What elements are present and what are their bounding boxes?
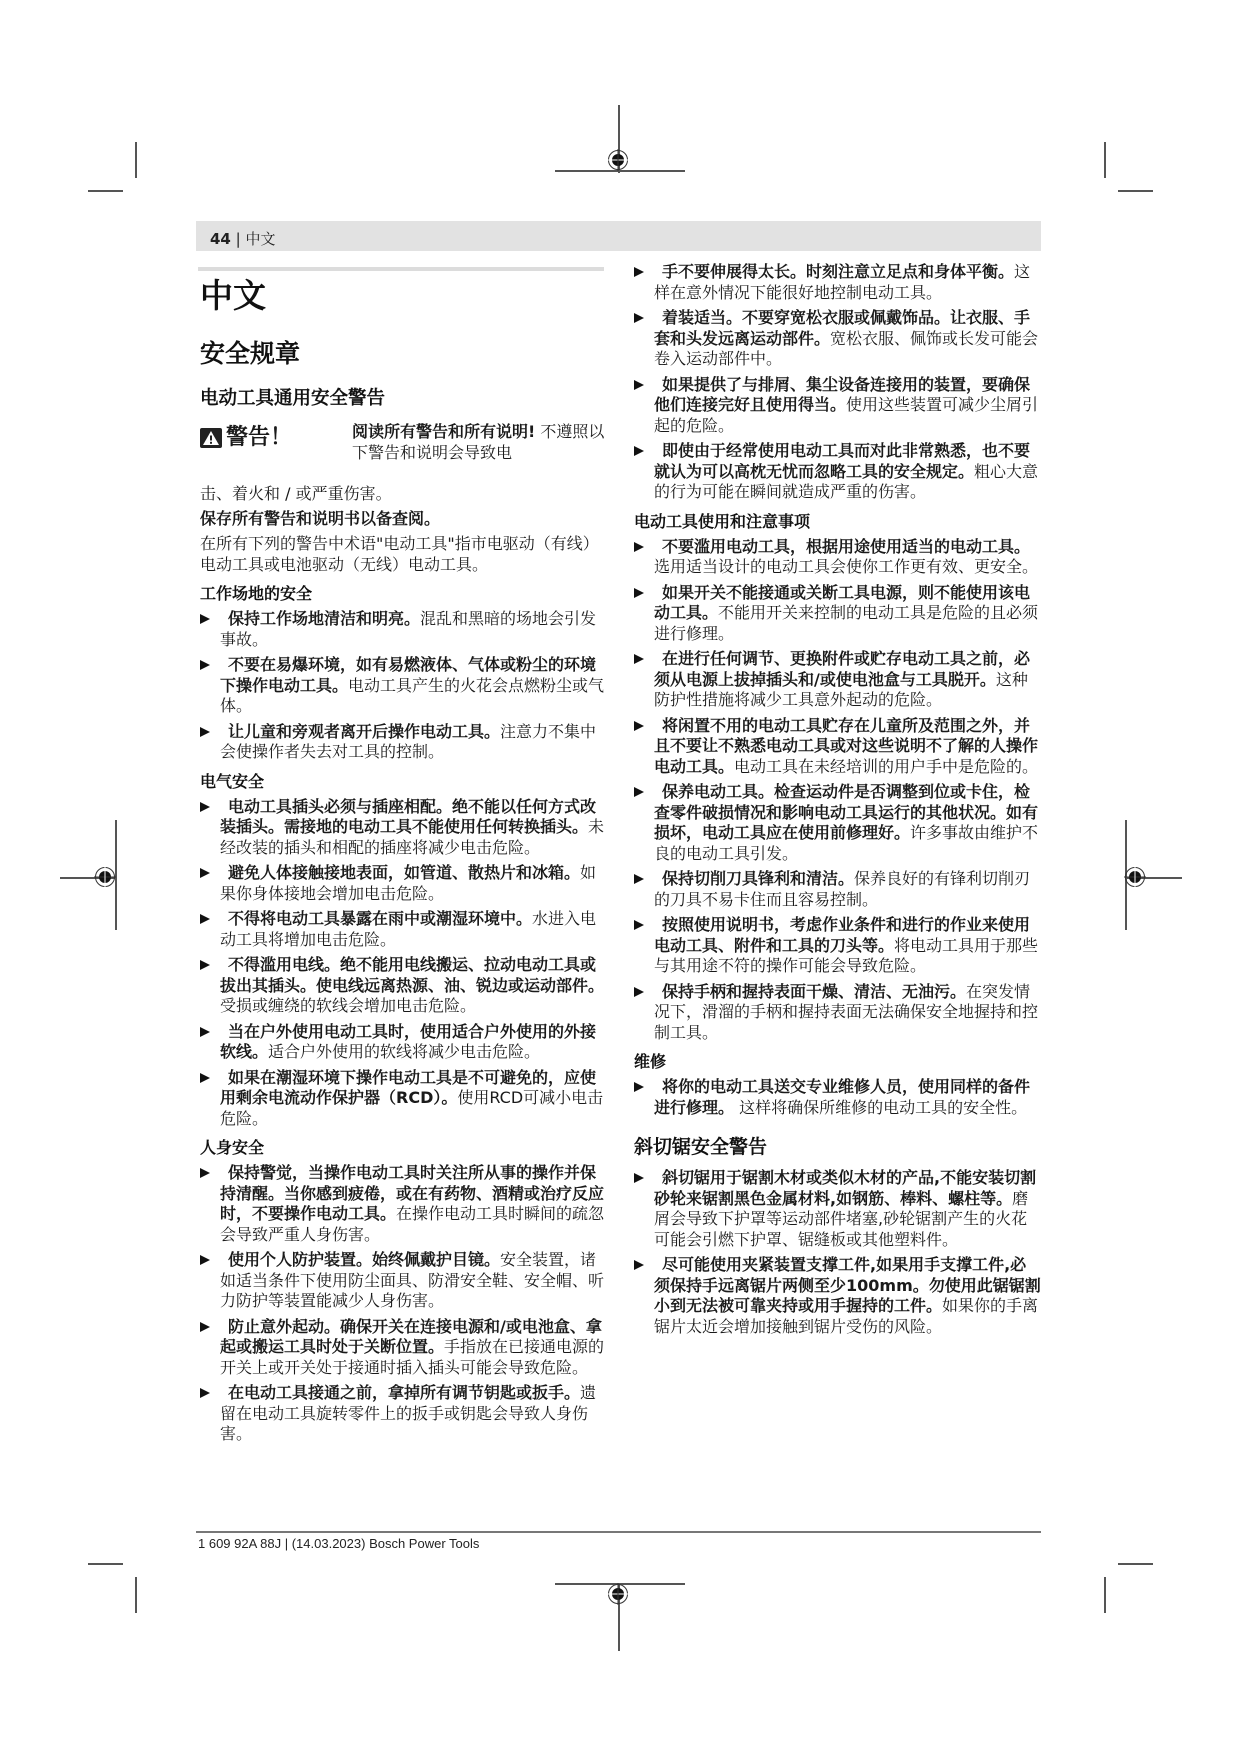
bullet-triangle-icon	[634, 1260, 644, 1270]
bullet-triangle-icon	[634, 654, 644, 664]
footer-rule	[196, 1531, 1041, 1533]
bullet-triangle-icon	[634, 313, 644, 323]
bullet-triangle-icon	[200, 914, 210, 924]
bullet-triangle-icon	[200, 1322, 210, 1332]
warning-triangle-icon	[200, 428, 222, 448]
list-item: 不得滥用电线。绝不能用电线搬运、拉动电动工具或拔出其插头。使电线远离热源、油、锐…	[200, 955, 608, 1017]
crop-mark-bottom-right-h	[1118, 1563, 1153, 1565]
registration-mark-top	[607, 149, 629, 171]
warning-text: 阅读所有警告和所有说明! 不遵照以下警告和说明会导致电	[352, 421, 610, 463]
list-item: 斜切锯用于锯割木材或类似木材的产品,不能安装切割砂轮来锯割黑色金属材料,如钢筋、…	[634, 1168, 1042, 1250]
bullet-triangle-icon	[200, 614, 210, 624]
bullet-triangle-icon	[200, 727, 210, 737]
header-section: 中文	[246, 230, 276, 248]
list-item: 电动工具插头必须与插座相配。绝不能以任何方式改装插头。需接地的电动工具不能使用任…	[200, 797, 608, 859]
heading-work-area-safety: 工作场地的安全	[200, 583, 608, 605]
term-notice: 在所有下列的警告中术语"电动工具"指市电驱动（有线）电动工具或电池驱动（无线）电…	[200, 533, 608, 575]
save-notice: 保存所有警告和说明书以备查阅。	[200, 508, 608, 529]
crop-mark-top-left-h	[88, 190, 123, 192]
bullet-triangle-icon	[200, 1388, 210, 1398]
page-number: 44	[210, 230, 231, 248]
list-item: 尽可能使用夹紧装置支撑工件,如果用手支撑工件,必须保持手远离锯片两侧至少100m…	[634, 1255, 1042, 1337]
bullet-triangle-icon	[200, 868, 210, 878]
heading-service: 维修	[634, 1051, 1042, 1073]
list-item: 不得将电动工具暴露在雨中或潮湿环境中。水进入电动工具将增加电击危险。	[200, 909, 608, 950]
crop-mark-bottom-left-h	[88, 1563, 123, 1565]
bullet-triangle-icon	[634, 920, 644, 930]
heading-miter-saw-safety: 斜切锯安全警告	[634, 1134, 1042, 1160]
title-rule	[198, 267, 604, 271]
heading-electrical-safety: 电气安全	[200, 771, 608, 793]
list-item: 按照使用说明书，考虑作业条件和进行的作业来使用电动工具、附件和工具的刀头等。将电…	[634, 915, 1042, 977]
warning-lead: 阅读所有警告和所有说明!	[352, 422, 535, 441]
list-item: 即使由于经常使用电动工具而对此非常熟悉，也不要就认为可以高枕无忧而忽略工具的安全…	[634, 441, 1042, 503]
list-item: 如果提供了与排屑、集尘设备连接用的装置，要确保他们连接完好且使用得当。使用这些装…	[634, 375, 1042, 437]
list-item: 防止意外起动。确保开关在连接电源和/或电池盒、拿起或搬运工具时处于关断位置。手指…	[200, 1317, 608, 1379]
registration-mark-bottom	[607, 1583, 629, 1605]
bullet-triangle-icon	[634, 542, 644, 552]
list-item: 避免人体接触接地表面，如管道、散热片和冰箱。如果你身体接地会增加电击危险。	[200, 863, 608, 904]
list-item: 保持警觉，当操作电动工具时关注所从事的操作并保持清醒。当你感到疲倦，或在有药物、…	[200, 1163, 608, 1245]
warning-block: 警告！ 阅读所有警告和所有说明! 不遵照以下警告和说明会导致电	[200, 421, 608, 483]
list-item: 在进行任何调节、更换附件或贮存电动工具之前，必须从电源上拔掉插头和/或使电池盒与…	[634, 649, 1042, 711]
list-item: 保持切削刀具锋利和清洁。保养良好的有锋利切削刃的刀具不易卡住而且容易控制。	[634, 869, 1042, 910]
list-item: 手不要伸展得太长。时刻注意立足点和身体平衡。这样在意外情况下能很好地控制电动工具…	[634, 262, 1042, 303]
registration-mark-left	[94, 866, 116, 888]
list-item: 在电动工具接通之前，拿掉所有调节钥匙或扳手。遗留在电动工具旋转零件上的扳手或钥匙…	[200, 1383, 608, 1445]
list-item: 让儿童和旁观者离开后操作电动工具。注意力不集中会使操作者失去对工具的控制。	[200, 722, 608, 763]
bullet-triangle-icon	[634, 446, 644, 456]
bullet-triangle-icon	[200, 1073, 210, 1083]
warning-label-text: 警告！	[226, 423, 292, 453]
list-item: 不要在易爆环境，如有易燃液体、气体或粉尘的环境下操作电动工具。电动工具产生的火花…	[200, 655, 608, 717]
bullet-triangle-icon	[634, 987, 644, 997]
list-item: 当在户外使用电动工具时，使用适合户外使用的外接软线。适合户外使用的软线将减少电击…	[200, 1022, 608, 1063]
bullet-triangle-icon	[634, 380, 644, 390]
section-title: 安全规章	[200, 338, 608, 370]
heading-personal-safety: 人身安全	[200, 1137, 608, 1159]
list-item: 保持工作场地清洁和明亮。混乱和黑暗的场地会引发事故。	[200, 609, 608, 650]
warning-continuation: 击、着火和 / 或严重伤害。	[200, 483, 608, 504]
bullet-triangle-icon	[200, 960, 210, 970]
list-item: 如果在潮湿环境下操作电动工具是不可避免的，应使用剩余电流动作保护器（RCD）。使…	[200, 1068, 608, 1130]
list-item: 如果开关不能接通或关断工具电源，则不能使用该电动工具。不能用开关来控制的电动工具…	[634, 583, 1042, 645]
subsection-title: 电动工具通用安全警告	[200, 386, 608, 411]
list-item: 将你的电动工具送交专业维修人员，使用同样的备件进行修理。 这样将确保所维修的电动…	[634, 1077, 1042, 1118]
bullet-triangle-icon	[634, 721, 644, 731]
warning-label: 警告！	[200, 423, 292, 453]
bullet-triangle-icon	[634, 787, 644, 797]
list-item: 保持手柄和握持表面干燥、清洁、无油污。在突发情况下，滑溜的手柄和握持表面无法确保…	[634, 982, 1042, 1044]
list-item: 不要滥用电动工具，根据用途使用适当的电动工具。选用适当设计的电动工具会使你工作更…	[634, 537, 1042, 578]
bullet-triangle-icon	[634, 267, 644, 277]
bullet-triangle-icon	[200, 1168, 210, 1178]
bullet-triangle-icon	[200, 1255, 210, 1265]
bullet-triangle-icon	[634, 1173, 644, 1183]
list-item: 着装适当。不要穿宽松衣服或佩戴饰品。让衣服、手套和头发远离运动部件。宽松衣服、佩…	[634, 308, 1042, 370]
right-column: 手不要伸展得太长。时刻注意立足点和身体平衡。这样在意外情况下能很好地控制电动工具…	[634, 262, 1042, 1342]
bullet-triangle-icon	[634, 1082, 644, 1092]
bullet-triangle-icon	[200, 1027, 210, 1037]
registration-mark-right	[1124, 866, 1146, 888]
page-header-bar	[196, 221, 1041, 251]
crop-mark-top-right-v	[1104, 142, 1106, 178]
crop-mark-top-right-h	[1118, 190, 1153, 192]
crop-mark-bottom-left-v	[135, 1577, 137, 1613]
page-title: 中文	[200, 276, 608, 316]
list-item: 保养电动工具。检查运动件是否调整到位或卡住，检查零件破损情况和影响电动工具运行的…	[634, 782, 1042, 864]
list-item: 使用个人防护装置。始终佩戴护目镜。安全装置，诸如适当条件下使用防尘面具、防滑安全…	[200, 1250, 608, 1312]
header-separator: |	[236, 230, 241, 248]
crop-mark-top-left-v	[135, 142, 137, 178]
heading-tool-use-and-care: 电动工具使用和注意事项	[634, 511, 1042, 533]
page-footer: 1 609 92A 88J | (14.03.2023) Bosch Power…	[198, 1536, 479, 1551]
bullet-triangle-icon	[200, 660, 210, 670]
page-header: 44 | 中文	[210, 228, 276, 249]
bullet-triangle-icon	[634, 874, 644, 884]
crop-mark-bottom-right-v	[1104, 1577, 1106, 1613]
left-column: 中文 安全规章 电动工具通用安全警告 警告！ 阅读所有警告和所有说明! 不遵照以…	[200, 276, 608, 1450]
list-item: 将闲置不用的电动工具贮存在儿童所及范围之外，并且不要让不熟悉电动工具或对这些说明…	[634, 716, 1042, 778]
bullet-triangle-icon	[200, 802, 210, 812]
bullet-triangle-icon	[634, 588, 644, 598]
